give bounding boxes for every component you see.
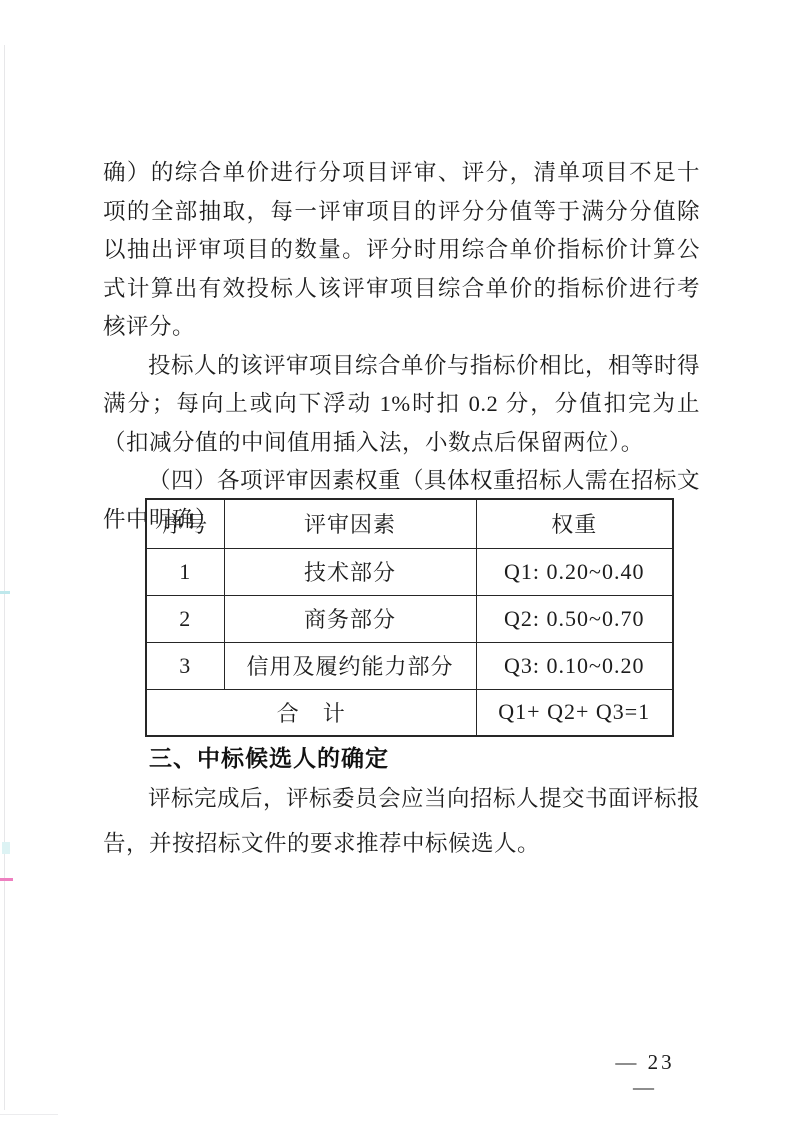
paragraph-scoring-rule: 投标人的该评审项目综合单价与指标价相比，相等时得满分；每向上或向下浮动 1%时扣… [103,347,700,463]
col-header-weight: 权重 [476,499,673,548]
cell-weight: Q1: 0.20~0.40 [476,548,673,595]
body-text-block: 确）的综合单价进行分项目评审、评分，清单项目不足十项的全部抽取，每一评审项目的评… [103,154,700,539]
cell-factor: 信用及履约能力部分 [224,642,476,689]
cell-index: 2 [146,595,224,642]
table-row: 1 技术部分 Q1: 0.20~0.40 [146,548,673,595]
page-number: — 23 — [600,1050,690,1100]
cell-total-value: Q1+ Q2+ Q3=1 [476,689,673,736]
cell-index: 1 [146,548,224,595]
table-header-row: 序号 评审因素 权重 [146,499,673,548]
col-header-factor: 评审因素 [224,499,476,548]
table-row: 2 商务部分 Q2: 0.50~0.70 [146,595,673,642]
scan-edge-line [4,45,5,1110]
scan-artifact-cyan-smudge [2,842,10,854]
document-page: 确）的综合单价进行分项目评审、评分，清单项目不足十项的全部抽取，每一评审项目的评… [0,0,793,1122]
scan-bottom-line [0,1114,58,1115]
cell-index: 3 [146,642,224,689]
scan-artifact-magenta-dash [0,878,13,881]
table-row: 3 信用及履约能力部分 Q3: 0.10~0.20 [146,642,673,689]
cell-factor: 技术部分 [224,548,476,595]
weights-table: 序号 评审因素 权重 1 技术部分 Q1: 0.20~0.40 2 商务部分 Q… [145,498,674,737]
section-heading: 三、中标候选人的确定 [103,744,700,772]
cell-weight: Q3: 0.10~0.20 [476,642,673,689]
paragraph-continued: 确）的综合单价进行分项目评审、评分，清单项目不足十项的全部抽取，每一评审项目的评… [103,154,700,347]
cell-factor: 商务部分 [224,595,476,642]
col-header-index: 序号 [146,499,224,548]
cell-total-label: 合 计 [146,689,476,736]
paragraph-closing: 评标完成后，评标委员会应当向招标人提交书面评标报告，并按招标文件的要求推荐中标候… [103,776,700,866]
table-footer-row: 合 计 Q1+ Q2+ Q3=1 [146,689,673,736]
cell-weight: Q2: 0.50~0.70 [476,595,673,642]
scan-artifact-cyan-dash [0,591,10,594]
